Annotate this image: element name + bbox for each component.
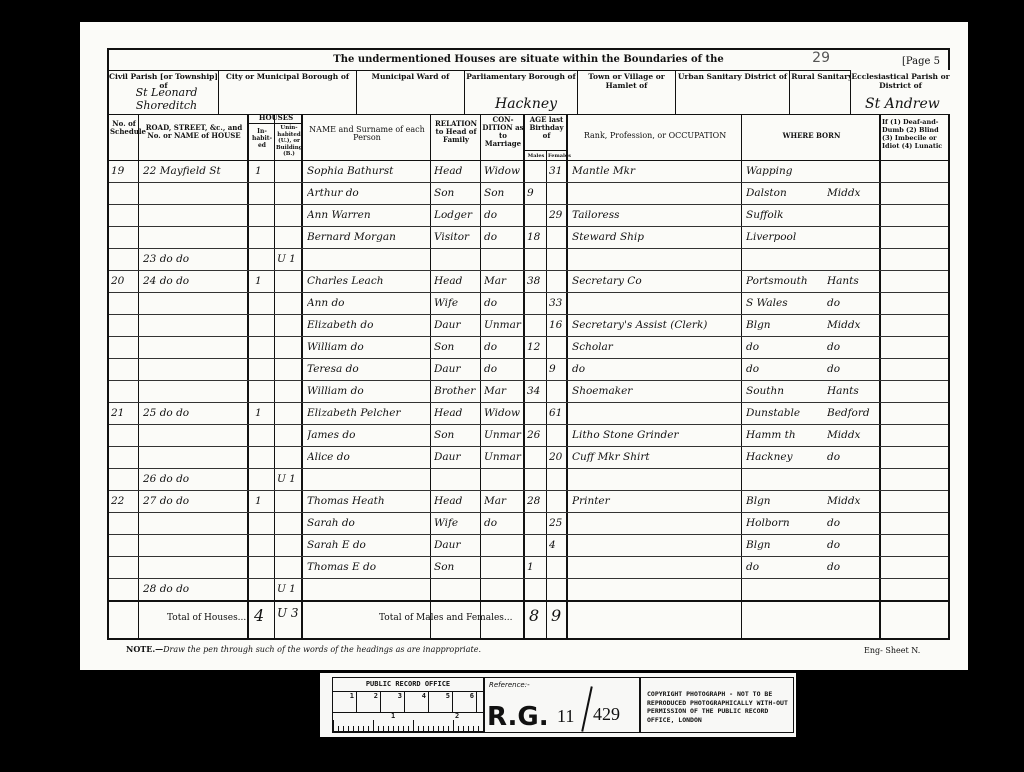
- cell-relation: Head: [434, 275, 480, 287]
- cell-born-county: Middx: [827, 187, 881, 199]
- cell-born-place: Dalston: [746, 187, 826, 199]
- total-houses-label: Total of Houses...: [167, 613, 246, 623]
- header-condition: CON-DITION as to Marriage: [481, 116, 525, 160]
- district-ecclesiastical-parish: Ecclesiastical Parish or District of St …: [850, 70, 950, 114]
- cell-born-county: do: [827, 561, 881, 573]
- row-divider: [109, 248, 948, 249]
- cell-born-county: Middx: [827, 319, 881, 331]
- series-code: R.G.: [487, 702, 549, 732]
- cell-relation: Head: [434, 165, 480, 177]
- total-houses-uninhabited: U 3: [277, 606, 299, 620]
- cell-occupation: Scholar: [572, 341, 740, 353]
- cell-inhabited: 1: [255, 407, 273, 419]
- cell-road: 24 do do: [143, 275, 247, 287]
- cell-age-female: 61: [549, 407, 567, 419]
- col-schedule: [109, 114, 139, 638]
- cell-relation: Daur: [434, 319, 480, 331]
- cell-uninhabited: U 1: [277, 253, 301, 265]
- piece-number: 11: [557, 706, 574, 727]
- cell-born-place: Blgn: [746, 495, 826, 507]
- cell-born-county: Bedford: [827, 407, 881, 419]
- cell-person-name: William do: [307, 341, 429, 353]
- totals-row: [109, 600, 948, 602]
- cell-born-place: Liverpool: [746, 231, 826, 243]
- total-females: 9: [551, 606, 561, 625]
- cell-person-name: Elizabeth Pelcher: [307, 407, 429, 419]
- cell-age-female: 29: [549, 209, 567, 221]
- row-divider: [109, 380, 948, 381]
- row-divider: [109, 556, 948, 557]
- header-schedule: No. of Schedule: [109, 120, 139, 164]
- cell-schedule: 21: [111, 407, 137, 419]
- cell-relation: Daur: [434, 363, 480, 375]
- cell-born-county: do: [827, 451, 881, 463]
- cell-condition: Mar: [484, 385, 524, 397]
- cell-occupation: Printer: [572, 495, 740, 507]
- header-houses: HOUSES: [249, 114, 303, 124]
- cell-born-place: Holborn: [746, 517, 826, 529]
- district-urban-sanitary: Urban Sanitary District of: [676, 70, 790, 114]
- cell-condition: do: [484, 517, 524, 529]
- cell-person-name: Elizabeth do: [307, 319, 429, 331]
- col-uninhabited: [275, 114, 303, 638]
- ruler-cm-mark: 4: [405, 692, 429, 712]
- cell-born-place: Southn: [746, 385, 826, 397]
- cell-age-male: 38: [527, 275, 547, 287]
- census-form: The undermentioned Houses are situate wi…: [107, 48, 950, 640]
- cell-relation: Head: [434, 407, 480, 419]
- cell-occupation: Cuff Mkr Shirt: [572, 451, 740, 463]
- cell-occupation: Secretary's Assist (Clerk): [572, 319, 740, 331]
- row-divider: [109, 292, 948, 293]
- cell-schedule: 22: [111, 495, 137, 507]
- cell-person-name: Bernard Morgan: [307, 231, 429, 243]
- cell-condition: Unmar: [484, 451, 524, 463]
- district-label: Ecclesiastical Parish or District of: [851, 72, 950, 90]
- reference-box: Reference:- R.G. 11 429: [484, 677, 640, 733]
- cell-age-female: 20: [549, 451, 567, 463]
- cell-born-county: do: [827, 517, 881, 529]
- cell-uninhabited: U 1: [277, 473, 301, 485]
- cell-born-place: Blgn: [746, 319, 826, 331]
- cell-age-female: 9: [549, 363, 567, 375]
- cell-age-female: 31: [549, 165, 567, 177]
- total-persons-label: Total of Males and Females...: [379, 613, 513, 623]
- cell-born-county: Hants: [827, 385, 881, 397]
- cell-person-name: Charles Leach: [307, 275, 429, 287]
- cell-person-name: Ann do: [307, 297, 429, 309]
- cell-age-male: 34: [527, 385, 547, 397]
- record-office-stamp: PUBLIC RECORD OFFICE 123456 12 Reference…: [320, 673, 796, 737]
- cell-born-county: do: [827, 341, 881, 353]
- header-age: AGE last Birthday of: [525, 116, 568, 150]
- form-banner: The undermentioned Houses are situate wi…: [109, 50, 948, 71]
- district-label: Municipal Ward of: [357, 72, 464, 81]
- cell-born-county: do: [827, 363, 881, 375]
- cell-person-name: Teresa do: [307, 363, 429, 375]
- cell-age-male: 12: [527, 341, 547, 353]
- cell-born-place: Suffolk: [746, 209, 826, 221]
- district-value: St Andrew: [865, 96, 940, 112]
- cell-born-place: Dunstable: [746, 407, 826, 419]
- cell-person-name: Alice do: [307, 451, 429, 463]
- cell-road: 22 Mayfield St: [143, 165, 247, 177]
- cell-condition: Unmar: [484, 429, 524, 441]
- header-uninhabited: Unin-habited (U.), or Building (B.): [275, 125, 303, 169]
- row-divider: [109, 314, 948, 315]
- cell-born-county: Hants: [827, 275, 881, 287]
- district-label: Town or Village or Hamlet of: [578, 72, 675, 90]
- row-divider: [109, 534, 948, 535]
- page-number: [Page 5: [902, 52, 940, 72]
- note-text: Draw the pen through such of the words o…: [163, 645, 481, 654]
- row-divider: [109, 512, 948, 513]
- cell-relation: Son: [434, 187, 480, 199]
- cell-born-place: S Wales: [746, 297, 826, 309]
- office-label: PUBLIC RECORD OFFICE: [333, 680, 483, 688]
- cell-inhabited: 1: [255, 165, 273, 177]
- cell-person-name: Thomas E do: [307, 561, 429, 573]
- cell-occupation: Litho Stone Grinder: [572, 429, 740, 441]
- cell-occupation: do: [572, 363, 740, 375]
- district-label: Urban Sanitary District of: [676, 72, 789, 81]
- ruler-cm-mark: 2: [357, 692, 381, 712]
- cell-born-county: do: [827, 297, 881, 309]
- cell-condition: Unmar: [484, 319, 524, 331]
- cell-age-male: 1: [527, 561, 547, 573]
- cell-condition: Widow: [484, 407, 524, 419]
- cell-condition: Widow: [484, 165, 524, 177]
- cell-born-county: Middx: [827, 495, 881, 507]
- ruler-cm-mark: 5: [429, 692, 453, 712]
- ruler-inch-mark: 1: [391, 712, 395, 720]
- cell-born-place: do: [746, 561, 826, 573]
- cell-condition: Mar: [484, 495, 524, 507]
- cell-relation: Daur: [434, 451, 480, 463]
- row-divider: [109, 424, 948, 425]
- ruler-cm-mark: 3: [381, 692, 405, 712]
- banner-title: The undermentioned Houses are situate wi…: [333, 54, 723, 65]
- cell-condition: do: [484, 297, 524, 309]
- folio-reference: 429: [593, 704, 620, 725]
- cell-age-female: 16: [549, 319, 567, 331]
- cell-relation: Son: [434, 561, 480, 573]
- cell-age-female: 33: [549, 297, 567, 309]
- header-infirmity: If (1) Deaf-and-Dumb (2) Blind (3) Imbec…: [881, 118, 951, 162]
- row-divider: [109, 270, 948, 271]
- row-divider: [109, 204, 948, 205]
- header-road: ROAD, STREET, &c., and No. or NAME of HO…: [139, 124, 249, 168]
- cell-relation: Daur: [434, 539, 480, 551]
- copyright-notice: COPYRIGHT PHOTOGRAPH - NOT TO BE REPRODU…: [640, 677, 794, 733]
- cell-condition: do: [484, 209, 524, 221]
- cell-relation: Son: [434, 429, 480, 441]
- col-road: [139, 114, 249, 638]
- reference-label: Reference:-: [489, 681, 530, 689]
- cell-born-place: do: [746, 363, 826, 375]
- row-divider: [109, 182, 948, 183]
- district-municipal-ward: Municipal Ward of: [357, 70, 465, 114]
- cell-born-place: Wapping: [746, 165, 826, 177]
- cell-occupation: Secretary Co: [572, 275, 740, 287]
- folio-number: 29: [812, 48, 830, 68]
- ruler-base: [333, 731, 483, 732]
- district-civil-parish: Civil Parish [or Township] of St Leonard…: [109, 70, 219, 114]
- total-houses-inhabited: 4: [254, 606, 264, 625]
- header-name: NAME and Surname of each Person: [303, 126, 431, 170]
- district-town-village: Town or Village or Hamlet of: [578, 70, 676, 114]
- row-divider: [109, 490, 948, 491]
- row-divider: [109, 402, 948, 403]
- cell-relation: Head: [434, 495, 480, 507]
- cell-person-name: James do: [307, 429, 429, 441]
- cell-road: 28 do do: [143, 583, 247, 595]
- cell-age-male: 26: [527, 429, 547, 441]
- row-divider: [109, 336, 948, 337]
- row-divider: [109, 446, 948, 447]
- cell-person-name: Sophia Bathurst: [307, 165, 429, 177]
- district-value: Hackney: [495, 96, 557, 112]
- sheet-label: Eng- Sheet N.: [864, 646, 920, 655]
- cell-relation: Lodger: [434, 209, 480, 221]
- cell-person-name: Arthur do: [307, 187, 429, 199]
- cell-condition: do: [484, 363, 524, 375]
- cell-age-male: 18: [527, 231, 547, 243]
- cell-relation: Wife: [434, 297, 480, 309]
- row-divider: [109, 578, 948, 579]
- cell-born-place: Hamm th: [746, 429, 826, 441]
- cell-road: 23 do do: [143, 253, 247, 265]
- col-occupation: [568, 114, 742, 638]
- row-divider: [109, 226, 948, 227]
- district-value: St Leonard Shoreditch: [115, 86, 218, 112]
- cell-inhabited: 1: [255, 275, 273, 287]
- cell-born-place: do: [746, 341, 826, 353]
- cell-occupation: Steward Ship: [572, 231, 740, 243]
- footer-note: NOTE.—Draw the pen through such of the w…: [126, 644, 481, 654]
- cell-born-place: Hackney: [746, 451, 826, 463]
- cell-born-county: Middx: [827, 429, 881, 441]
- cell-road: 25 do do: [143, 407, 247, 419]
- ruler-box: PUBLIC RECORD OFFICE 123456 12: [332, 677, 484, 733]
- cell-person-name: Thomas Heath: [307, 495, 429, 507]
- cell-relation: Son: [434, 341, 480, 353]
- cell-age-female: 4: [549, 539, 567, 551]
- row-divider: [109, 468, 948, 469]
- header-relation: RELATION to Head of Family: [431, 120, 481, 164]
- cell-born-place: Blgn: [746, 539, 826, 551]
- cell-relation: Brother: [434, 385, 480, 397]
- cell-person-name: Sarah E do: [307, 539, 429, 551]
- cell-inhabited: 1: [255, 495, 273, 507]
- cell-condition: do: [484, 341, 524, 353]
- district-label: Parliamentary Borough of: [465, 72, 577, 81]
- cell-person-name: Sarah do: [307, 517, 429, 529]
- cell-road: 26 do do: [143, 473, 247, 485]
- cell-age-female: 25: [549, 517, 567, 529]
- cell-born-place: Portsmouth: [746, 275, 826, 287]
- cell-age-male: 28: [527, 495, 547, 507]
- cell-condition: Son: [484, 187, 524, 199]
- cell-schedule: 19: [111, 165, 137, 177]
- cell-occupation: Tailoress: [572, 209, 740, 221]
- reference-slash: [581, 686, 593, 731]
- cell-relation: Wife: [434, 517, 480, 529]
- cell-person-name: Ann Warren: [307, 209, 429, 221]
- cell-condition: do: [484, 231, 524, 243]
- note-prefix: NOTE.—: [126, 644, 163, 654]
- cell-relation: Visitor: [434, 231, 480, 243]
- cell-schedule: 20: [111, 275, 137, 287]
- ruler-cm-mark: 1: [333, 692, 357, 712]
- cell-condition: Mar: [484, 275, 524, 287]
- total-males: 8: [529, 606, 539, 625]
- header-divider: [109, 160, 948, 161]
- ruler-inch: 12: [333, 712, 483, 732]
- cell-person-name: William do: [307, 385, 429, 397]
- cell-road: 27 do do: [143, 495, 247, 507]
- district-label: City or Municipal Borough of: [219, 72, 356, 81]
- cell-occupation: Mantle Mkr: [572, 165, 740, 177]
- ruler-cm: 123456: [333, 691, 483, 713]
- col-inhabited: [249, 114, 275, 638]
- district-city-borough: City or Municipal Borough of: [219, 70, 357, 114]
- row-divider: [109, 358, 948, 359]
- cell-uninhabited: U 1: [277, 583, 301, 595]
- district-parliamentary-borough: Parliamentary Borough of Hackney: [465, 70, 578, 114]
- cell-age-male: 9: [527, 187, 547, 199]
- ruler-inch-mark: 2: [455, 712, 459, 720]
- ruler-cm-mark: 6: [453, 692, 477, 712]
- cell-occupation: Shoemaker: [572, 385, 740, 397]
- cell-born-county: do: [827, 539, 881, 551]
